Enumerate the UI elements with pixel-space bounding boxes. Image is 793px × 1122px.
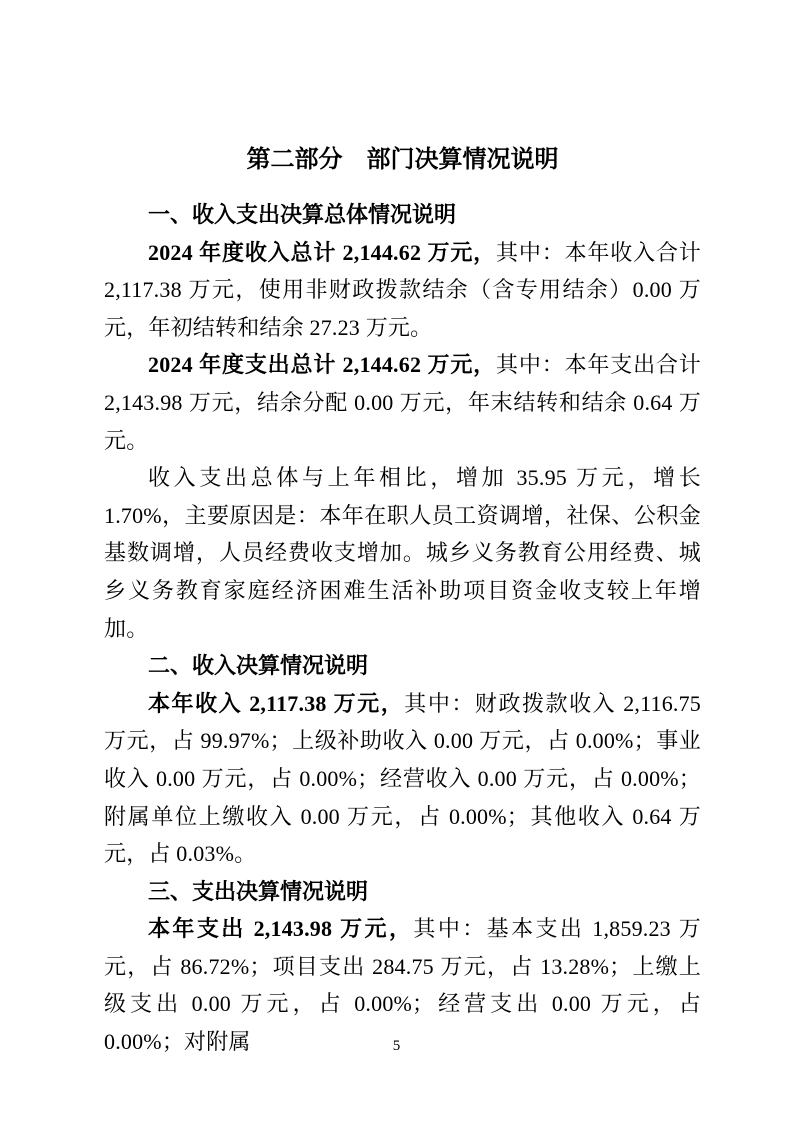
page-number: 5 [0, 1036, 793, 1056]
document-page: 第二部分 部门决算情况说明 一、收入支出决算总体情况说明 2024 年度收入总计… [0, 0, 793, 1122]
document-content: 第二部分 部门决算情况说明 一、收入支出决算总体情况说明 2024 年度收入总计… [104, 146, 701, 1061]
paragraph-bold-lead: 本年收入 2,117.38 万元， [148, 691, 404, 716]
paragraph-bold-lead: 本年支出 2,143.98 万元， [148, 916, 413, 941]
page-title: 第二部分 部门决算情况说明 [104, 146, 701, 174]
section-heading-2: 二、收入决算情况说明 [104, 647, 701, 685]
paragraph-yoy-comparison: 收入支出总体与上年相比，增加 35.95 万元，增长 1.70%，主要原因是：本… [104, 459, 701, 647]
paragraph-expense-total: 2024 年度支出总计 2,144.62 万元，其中：本年支出合计 2,143.… [104, 346, 701, 459]
section-heading-1: 一、收入支出决算总体情况说明 [104, 196, 701, 234]
section-heading-3: 三、支出决算情况说明 [104, 873, 701, 911]
paragraph-text: 收入支出总体与上年相比，增加 35.95 万元，增长 1.70%，主要原因是：本… [104, 465, 701, 640]
paragraph-text: 其中：财政拨款收入 2,116.75 万元，占 99.97%；上级补助收入 0.… [104, 691, 701, 866]
paragraph-income-detail: 本年收入 2,117.38 万元，其中：财政拨款收入 2,116.75 万元，占… [104, 685, 701, 873]
paragraph-bold-lead: 2024 年度支出总计 2,144.62 万元， [148, 352, 496, 377]
paragraph-income-total: 2024 年度收入总计 2,144.62 万元，其中：本年收入合计 2,117.… [104, 234, 701, 347]
paragraph-bold-lead: 2024 年度收入总计 2,144.62 万元， [148, 240, 496, 265]
